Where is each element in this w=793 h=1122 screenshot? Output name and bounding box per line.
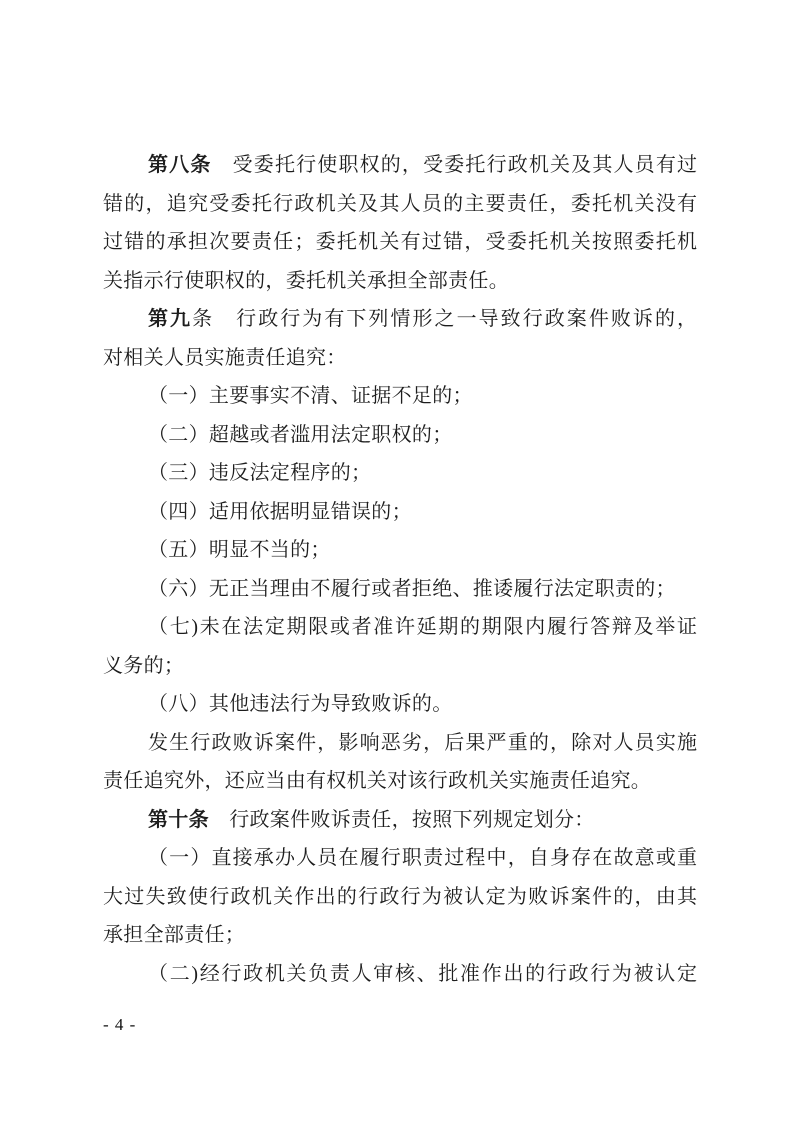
- article-8-line-2: 错的，追究受委托行政机关及其人员的主要责任，委托机关没有: [103, 185, 697, 224]
- line-text: 发生行政败诉案件，影响恶劣，后果严重的，除对人员实施: [148, 732, 697, 754]
- page-number: - 4 -: [103, 1014, 136, 1036]
- article-number: 第十条: [148, 809, 209, 831]
- line-text: 过错的承担次要责任；委托机关有过错，受委托机关按照委托机: [103, 231, 697, 253]
- line-text: （二)经行政机关负责人审核、批准作出的行政行为被认定: [148, 963, 697, 985]
- article-8-line-3: 过错的承担次要责任；委托机关有过错，受委托机关按照委托机: [103, 223, 697, 262]
- article-9-line-1: 第九条 行政行为有下列情形之一导致行政案件败诉的，: [103, 300, 697, 339]
- line-text: 行政案件败诉责任，按照下列规定划分：: [209, 809, 595, 831]
- line-text: （七)未在法定期限或者准许延期的期限内履行答辩及举证: [148, 616, 697, 638]
- article-10-item-1-line-1: （一）直接承办人员在履行职责过程中，自身存在故意或重: [103, 839, 697, 878]
- article-9-item-3: （三）违反法定程序的；: [103, 454, 697, 493]
- article-9-item-6: （六）无正当理由不履行或者拒绝、推诿履行法定职责的；: [103, 570, 697, 609]
- article-9-item-8: （八）其他违法行为导致败诉的。: [103, 685, 697, 724]
- article-9-closing-line-1: 发生行政败诉案件，影响恶劣，后果严重的，除对人员实施: [103, 724, 697, 763]
- line-text: （二）超越或者滥用法定职权的；: [148, 424, 453, 446]
- line-text: 大过失致使行政机关作出的行政行为被认定为败诉案件的，由其: [103, 886, 697, 908]
- line-text: （五）明显不当的；: [148, 539, 331, 561]
- line-text: （四）适用依据明显错误的；: [148, 501, 412, 523]
- line-text: （八）其他违法行为导致败诉的。: [148, 693, 453, 715]
- article-9-item-7-line-2: 义务的；: [103, 647, 697, 686]
- line-text: 条 行政行为有下列情形之一导致行政案件败诉的，: [192, 308, 697, 330]
- article-9-line-2: 对相关人员实施责任追究：: [103, 339, 697, 378]
- article-9-closing-line-2: 责任追究外，还应当由有权机关对该行政机关实施责任追究。: [103, 762, 697, 801]
- article-10-item-2-line-1: （二)经行政机关负责人审核、批准作出的行政行为被认定: [103, 955, 697, 994]
- article-10-item-1-line-3: 承担全部责任；: [103, 916, 697, 955]
- article-8-line-4: 关指示行使职权的，委托机关承担全部责任。: [103, 262, 697, 301]
- document-body: 第八条 受委托行使职权的，受委托行政机关及其人员有过错的，追究受委托行政机关及其…: [103, 146, 697, 993]
- line-text: 错的，追究受委托行政机关及其人员的主要责任，委托机关没有: [103, 193, 697, 215]
- line-text: 关指示行使职权的，委托机关承担全部责任。: [103, 270, 509, 292]
- line-text: 责任追究外，还应当由有权机关对该行政机关实施责任追究。: [103, 770, 651, 792]
- line-text: 义务的；: [103, 655, 184, 677]
- line-text: 对相关人员实施责任追究：: [103, 347, 347, 369]
- line-text: 受委托行使职权的，受委托行政机关及其人员有过: [211, 154, 697, 176]
- line-text: （三）违反法定程序的；: [148, 462, 371, 484]
- article-10-line-1: 第十条 行政案件败诉责任，按照下列规定划分：: [103, 801, 697, 840]
- line-text: （一）主要事实不清、证据不足的；: [148, 385, 473, 407]
- line-text: 承担全部责任；: [103, 924, 245, 946]
- article-number: 第九: [148, 308, 192, 330]
- article-9-item-7-line-1: （七)未在法定期限或者准许延期的期限内履行答辩及举证: [103, 608, 697, 647]
- article-9-item-2: （二）超越或者滥用法定职权的；: [103, 416, 697, 455]
- article-9-item-4: （四）适用依据明显错误的；: [103, 493, 697, 532]
- document-page: 第八条 受委托行使职权的，受委托行政机关及其人员有过错的，追究受委托行政机关及其…: [0, 0, 793, 1122]
- article-10-item-1-line-2: 大过失致使行政机关作出的行政行为被认定为败诉案件的，由其: [103, 878, 697, 917]
- article-number: 第八条: [148, 154, 211, 176]
- article-8-line-1: 第八条 受委托行使职权的，受委托行政机关及其人员有过: [103, 146, 697, 185]
- article-9-item-5: （五）明显不当的；: [103, 531, 697, 570]
- line-text: （六）无正当理由不履行或者拒绝、推诿履行法定职责的；: [148, 578, 676, 600]
- line-text: （一）直接承办人员在履行职责过程中，自身存在故意或重: [148, 847, 697, 869]
- article-9-item-1: （一）主要事实不清、证据不足的；: [103, 377, 697, 416]
